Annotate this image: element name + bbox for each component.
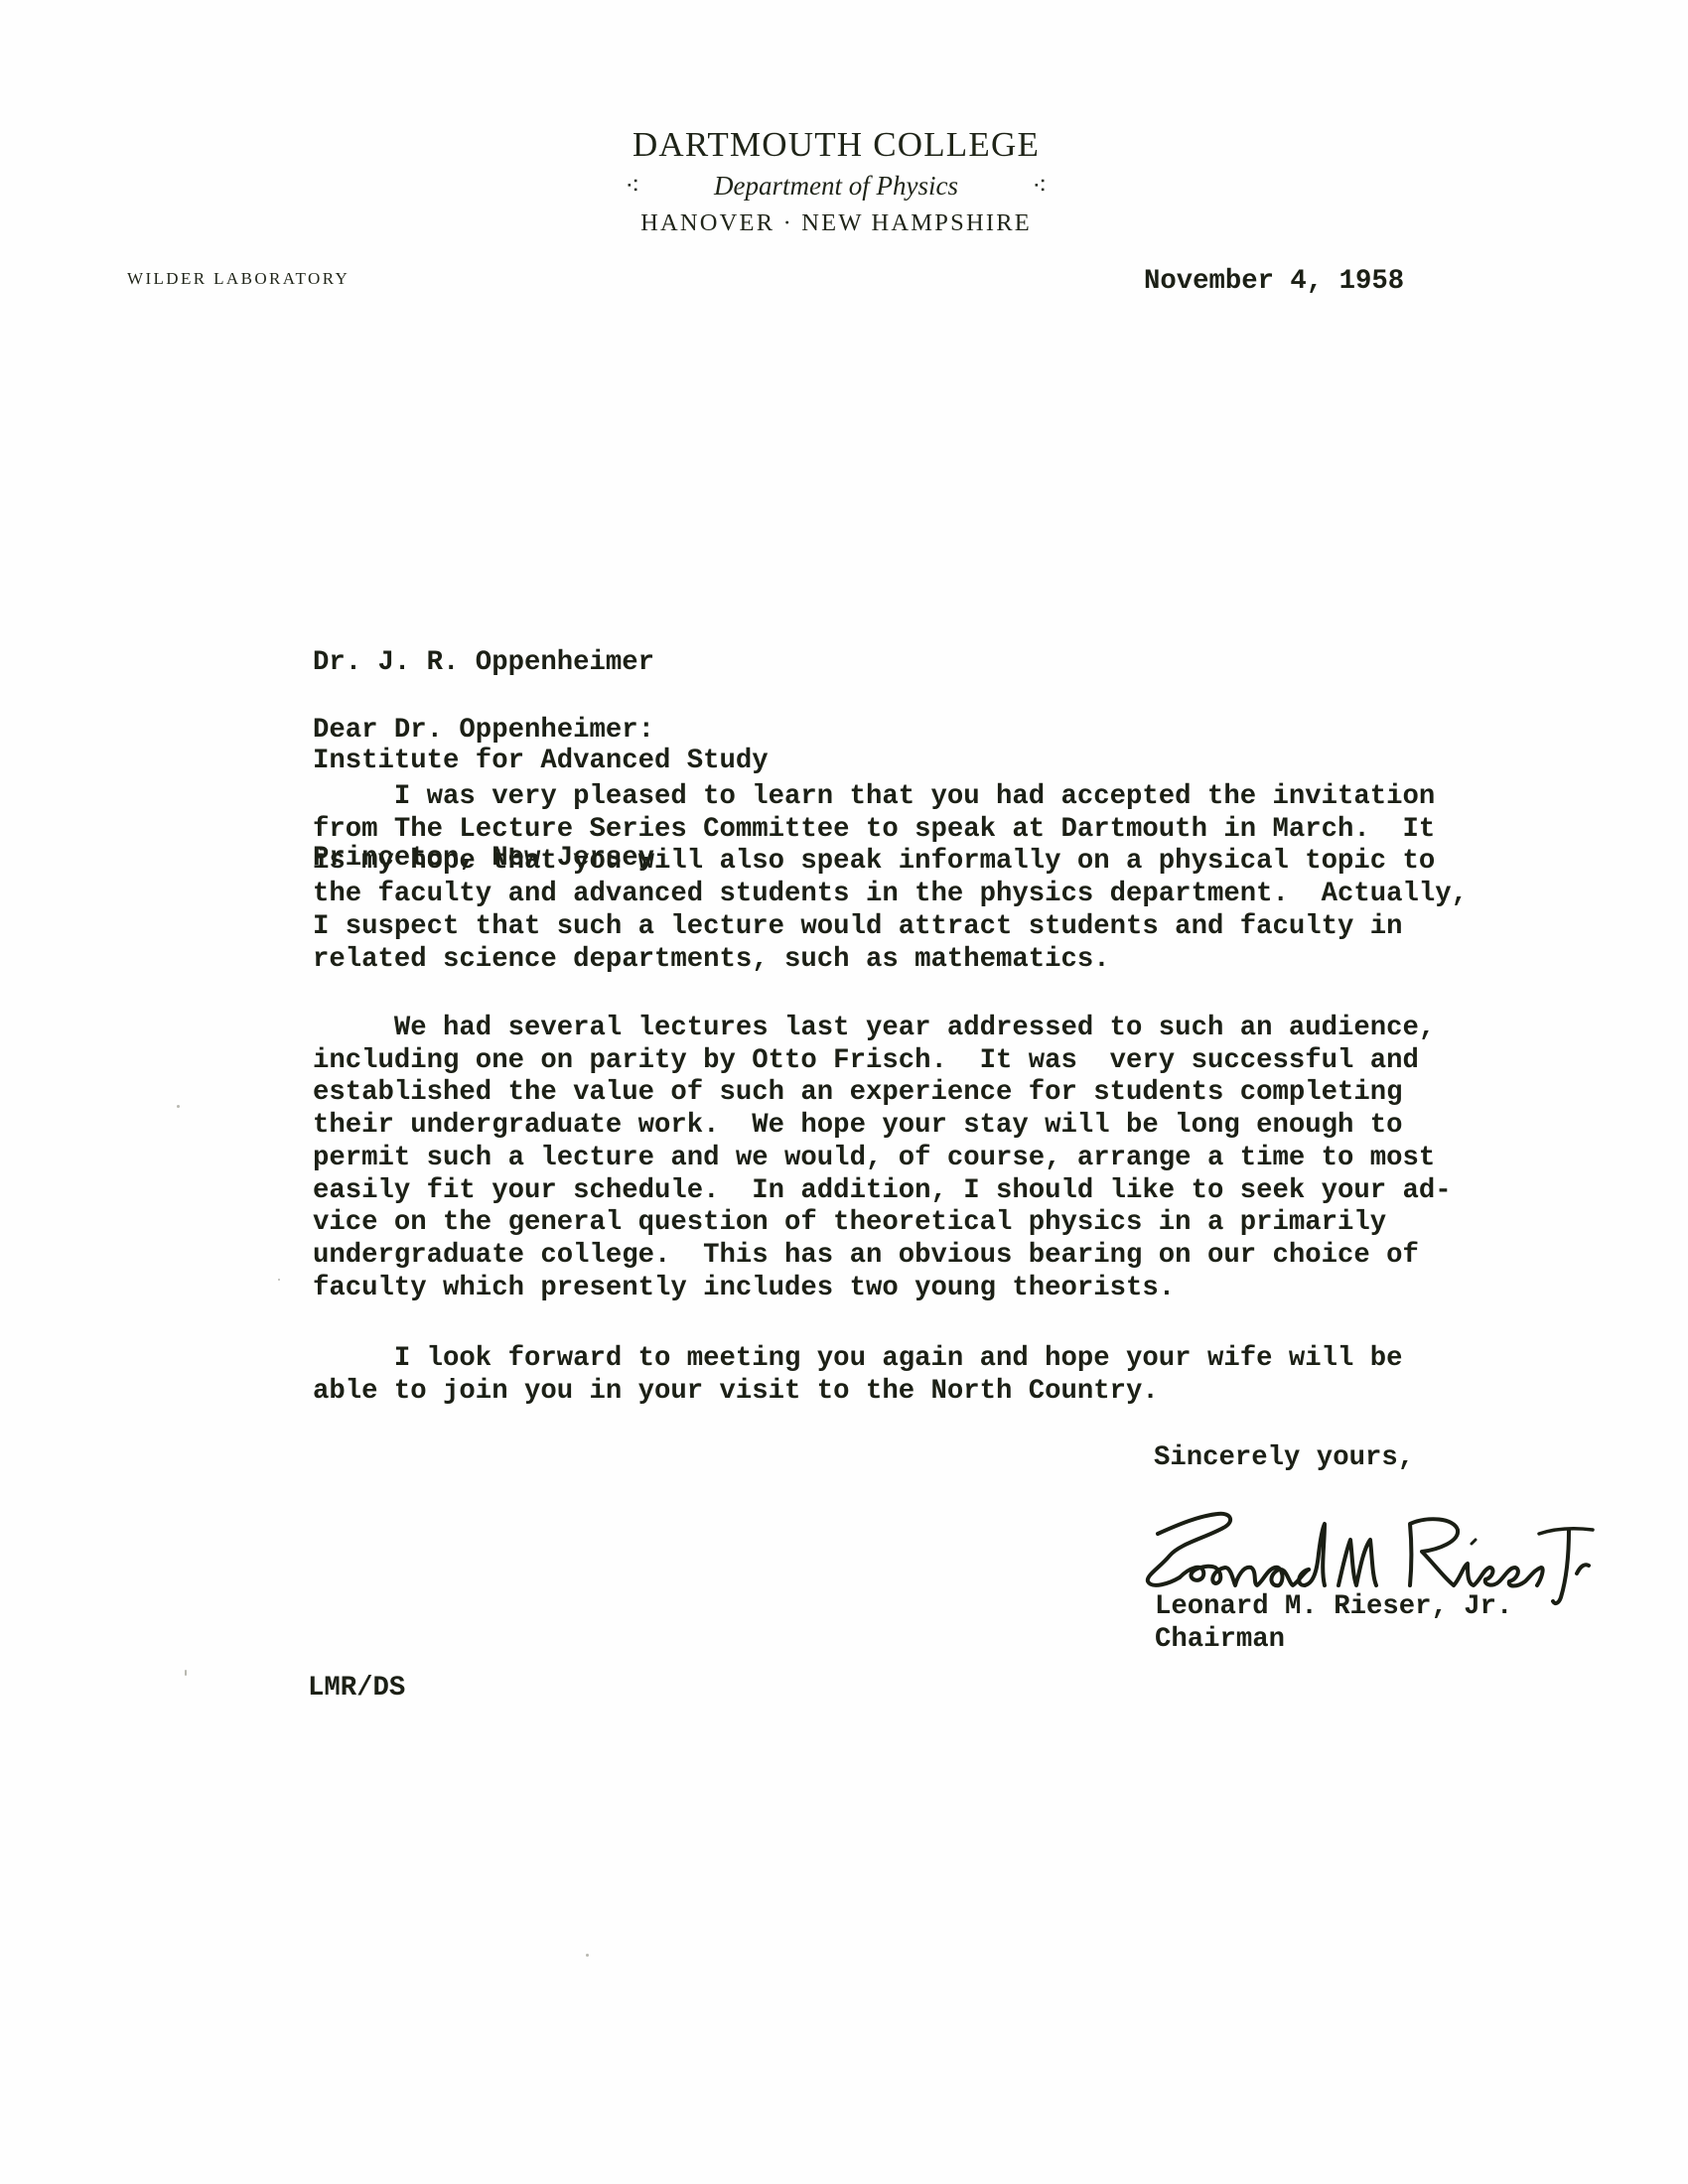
- ornament-right-icon: ⁖: [1010, 172, 1069, 202]
- paragraph-line: including one on parity by Otto Frisch. …: [313, 1045, 1452, 1078]
- paragraph-line: permit such a lecture and we would, of c…: [313, 1143, 1452, 1175]
- letter-date: November 4, 1958: [1144, 266, 1404, 299]
- letterhead-department-line: ⁖Department of Physics⁖: [0, 171, 1672, 202]
- salutation: Dear Dr. Oppenheimer:: [313, 715, 654, 748]
- paragraph-line: related science departments, such as mat…: [313, 944, 1468, 977]
- paragraph-line: I suspect that such a lecture would attr…: [313, 911, 1468, 944]
- scan-speck: [177, 1105, 180, 1108]
- closing: Sincerely yours,: [1154, 1442, 1414, 1475]
- paragraph-line: I look forward to meeting you again and …: [313, 1343, 1403, 1376]
- letter-page: DARTMOUTH COLLEGE ⁖Department of Physics…: [0, 0, 1688, 2184]
- paragraph-line: undergraduate college. This has an obvio…: [313, 1240, 1452, 1273]
- scan-speck: [586, 1954, 589, 1957]
- reference-initials: LMR/DS: [308, 1673, 405, 1706]
- recipient-name: Dr. J. R. Oppenheimer: [313, 647, 769, 680]
- paragraph-line: the faculty and advanced students in the…: [313, 879, 1468, 911]
- scan-speck: [185, 1670, 187, 1676]
- signer-title: Chairman: [1155, 1624, 1285, 1657]
- scan-speck: [278, 1279, 280, 1281]
- letterhead-institution: DARTMOUTH COLLEGE: [0, 125, 1672, 165]
- letterhead-department: Department of Physics: [662, 171, 1010, 202]
- paragraph-line: vice on the general question of theoreti…: [313, 1207, 1452, 1240]
- ornament-left-icon: ⁖: [603, 172, 662, 202]
- paragraph-line: is my hope that you will also speak info…: [313, 846, 1468, 879]
- paragraph-line: from The Lecture Series Committee to spe…: [313, 814, 1468, 847]
- paragraph-line: easily fit your schedule. In addition, I…: [313, 1175, 1452, 1208]
- paragraph-line: established the value of such an experie…: [313, 1077, 1452, 1110]
- body-paragraph-1: I was very pleased to learn that you had…: [313, 781, 1468, 976]
- paragraph-line: their undergraduate work. We hope your s…: [313, 1110, 1452, 1143]
- signer-name: Leonard M. Rieser, Jr.: [1155, 1591, 1512, 1624]
- body-paragraph-2: We had several lectures last year addres…: [313, 1013, 1452, 1304]
- paragraph-line: I was very pleased to learn that you had…: [313, 781, 1468, 814]
- body-paragraph-3: I look forward to meeting you again and …: [313, 1343, 1403, 1408]
- paragraph-line: faculty which presently includes two you…: [313, 1273, 1452, 1305]
- paragraph-line: able to join you in your visit to the No…: [313, 1376, 1403, 1409]
- paragraph-line: We had several lectures last year addres…: [313, 1013, 1452, 1045]
- letterhead-building: WILDER LABORATORY: [127, 269, 350, 289]
- recipient-institution: Institute for Advanced Study: [313, 746, 769, 778]
- letterhead-location: HANOVER · NEW HAMPSHIRE: [0, 209, 1672, 237]
